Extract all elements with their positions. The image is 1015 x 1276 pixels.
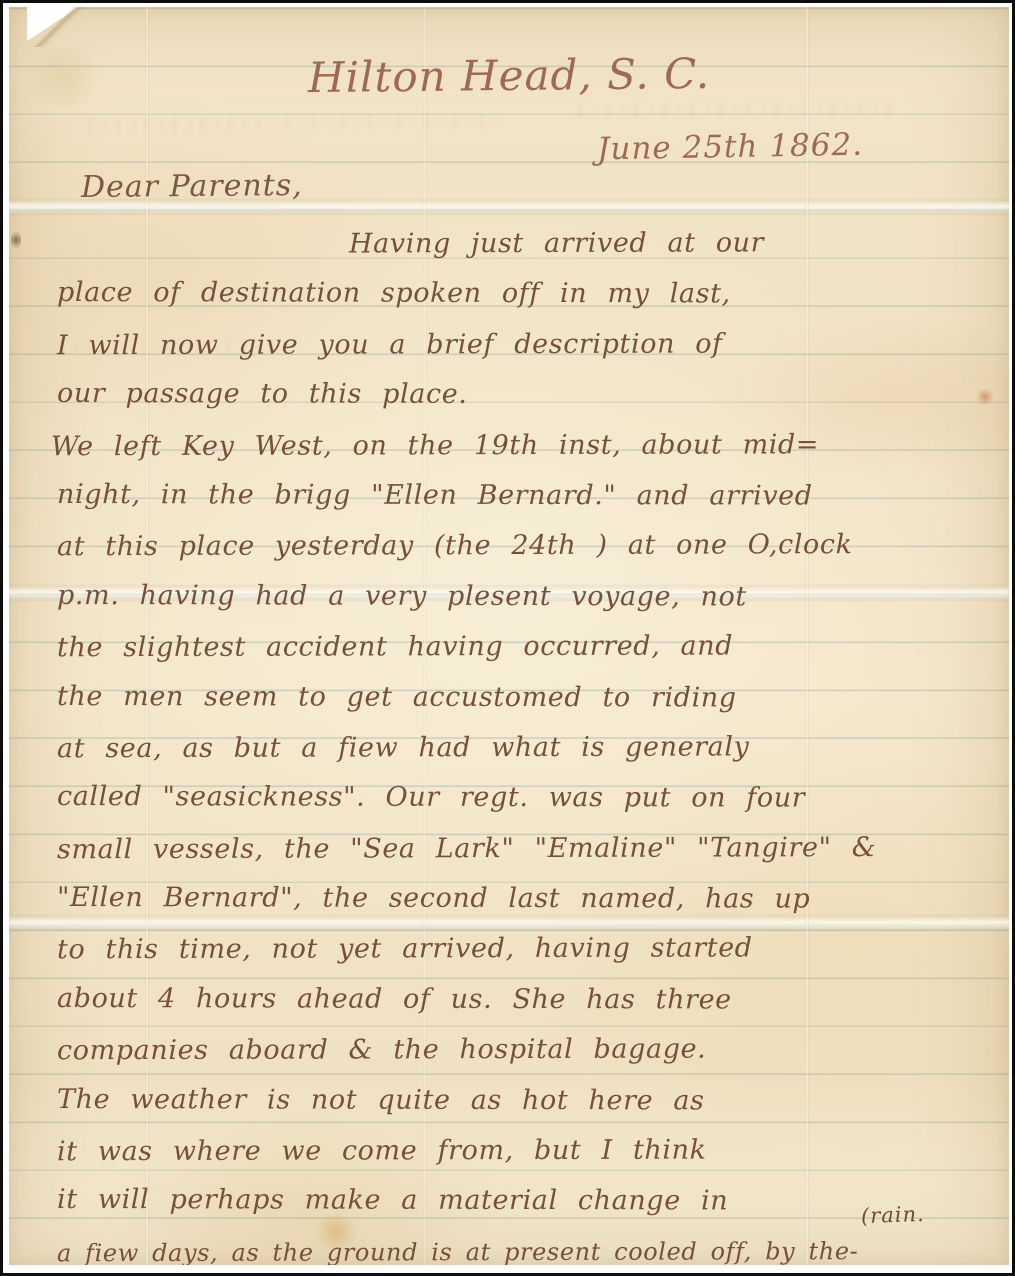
letter-line: Having just arrived at our xyxy=(57,218,1005,271)
letter-line: the men seem to get accustomed to riding xyxy=(57,672,1005,724)
letter-line: the slightest accident having occurred, … xyxy=(57,621,1005,674)
letter-line: at sea, as but a fiew had what is genera… xyxy=(57,722,1005,775)
letter-line: The weather is not quite as hot here as xyxy=(57,1075,1005,1127)
letter-line: to this time, not yet arrived, having st… xyxy=(57,923,1005,976)
letter-body: Having just arrived at ourplace of desti… xyxy=(57,219,1005,1265)
letter-line: a fiew days, as the ground is at present… xyxy=(57,1226,1005,1265)
folded-corner-shadow xyxy=(27,7,91,47)
letter-line: I will now give you a brief description … xyxy=(57,319,1005,372)
letter-line: companies aboard & the hospital bagage. xyxy=(57,1024,1005,1077)
letter-line: night, in the brigg "Ellen Bernard." and… xyxy=(57,470,1005,522)
letter-line: at this place yesterday (the 24th ) at o… xyxy=(57,520,1005,573)
ink-bleedthrough xyxy=(569,102,899,119)
stain xyxy=(19,47,109,107)
letter-annotation-rain: (rain. xyxy=(861,1202,925,1228)
stain xyxy=(11,229,21,251)
letter-line: We left Key West, on the 19th inst, abou… xyxy=(51,419,1005,472)
letter-paper: Hilton Head, S. C. June 25th 1862. Dear … xyxy=(9,7,1009,1265)
letter-line: about 4 hours ahead of us. She has three xyxy=(57,974,1005,1026)
letter-line: p.m. having had a very plesent voyage, n… xyxy=(57,571,1005,623)
letter-line: called "seasickness". Our regt. was put … xyxy=(57,772,1005,824)
letter-date: June 25th 1862. xyxy=(597,127,864,168)
letter-line: small vessels, the "Sea Lark" "Emaline" … xyxy=(57,822,1005,875)
letter-line: it was where we come from, but I think xyxy=(57,1125,1005,1178)
letter-place-heading: Hilton Head, S. C. xyxy=(249,48,769,102)
letter-line: our passage to this place. xyxy=(57,369,1005,421)
letter-line: place of destination spoken off in my la… xyxy=(57,268,1005,320)
letter-line: "Ellen Bernard", the second last named, … xyxy=(57,873,1005,925)
letter-salutation: Dear Parents, xyxy=(81,168,303,205)
letter-scan: Hilton Head, S. C. June 25th 1862. Dear … xyxy=(0,0,1015,1276)
